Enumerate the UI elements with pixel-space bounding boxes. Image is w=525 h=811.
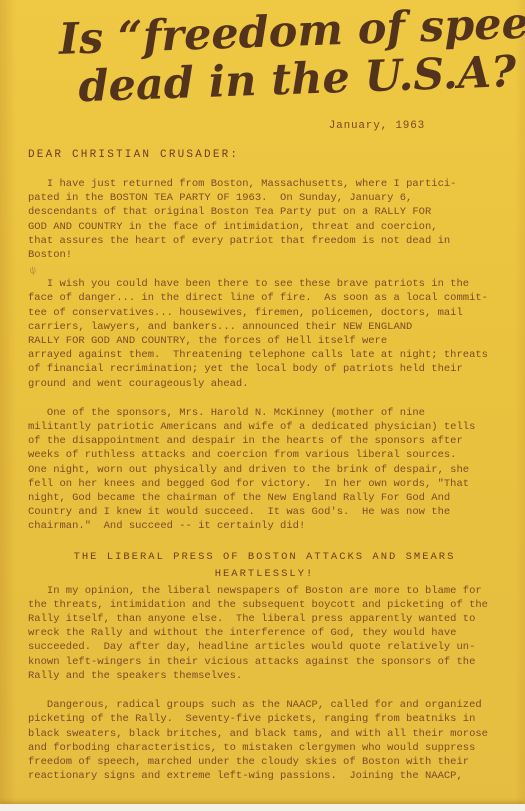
paragraph-mrs-mckinney: One of the sponsors, Mrs. Harold N. McKi… bbox=[28, 406, 501, 534]
pamphlet-page: Is “freedom of speech” dead in the U.S.A… bbox=[0, 0, 525, 811]
date-line: January, 1963 bbox=[28, 120, 501, 132]
section-heading: THE LIBERAL PRESS OF BOSTON ATTACKS AND … bbox=[28, 549, 501, 583]
scan-edge-bottom bbox=[0, 804, 525, 811]
stray-ink-mark: ψ bbox=[29, 266, 36, 278]
paragraph-liberal-press: In my opinion, the liberal newspapers of… bbox=[28, 584, 501, 683]
paragraph-naacp-pickets: Dangerous, radical groups such as the NA… bbox=[28, 698, 501, 783]
paragraph-boston-tea-party: I have just returned from Boston, Massac… bbox=[28, 177, 501, 262]
salutation: DEAR CHRISTIAN CRUSADER: bbox=[28, 149, 501, 161]
paragraph-brave-patriots: I wish you could have been there to see … bbox=[28, 277, 501, 391]
scan-edge-left-shadow bbox=[0, 0, 16, 811]
scan-edge-right-shadow bbox=[515, 0, 525, 811]
pamphlet-title: Is “freedom of speech” dead in the U.S.A… bbox=[28, 0, 504, 112]
